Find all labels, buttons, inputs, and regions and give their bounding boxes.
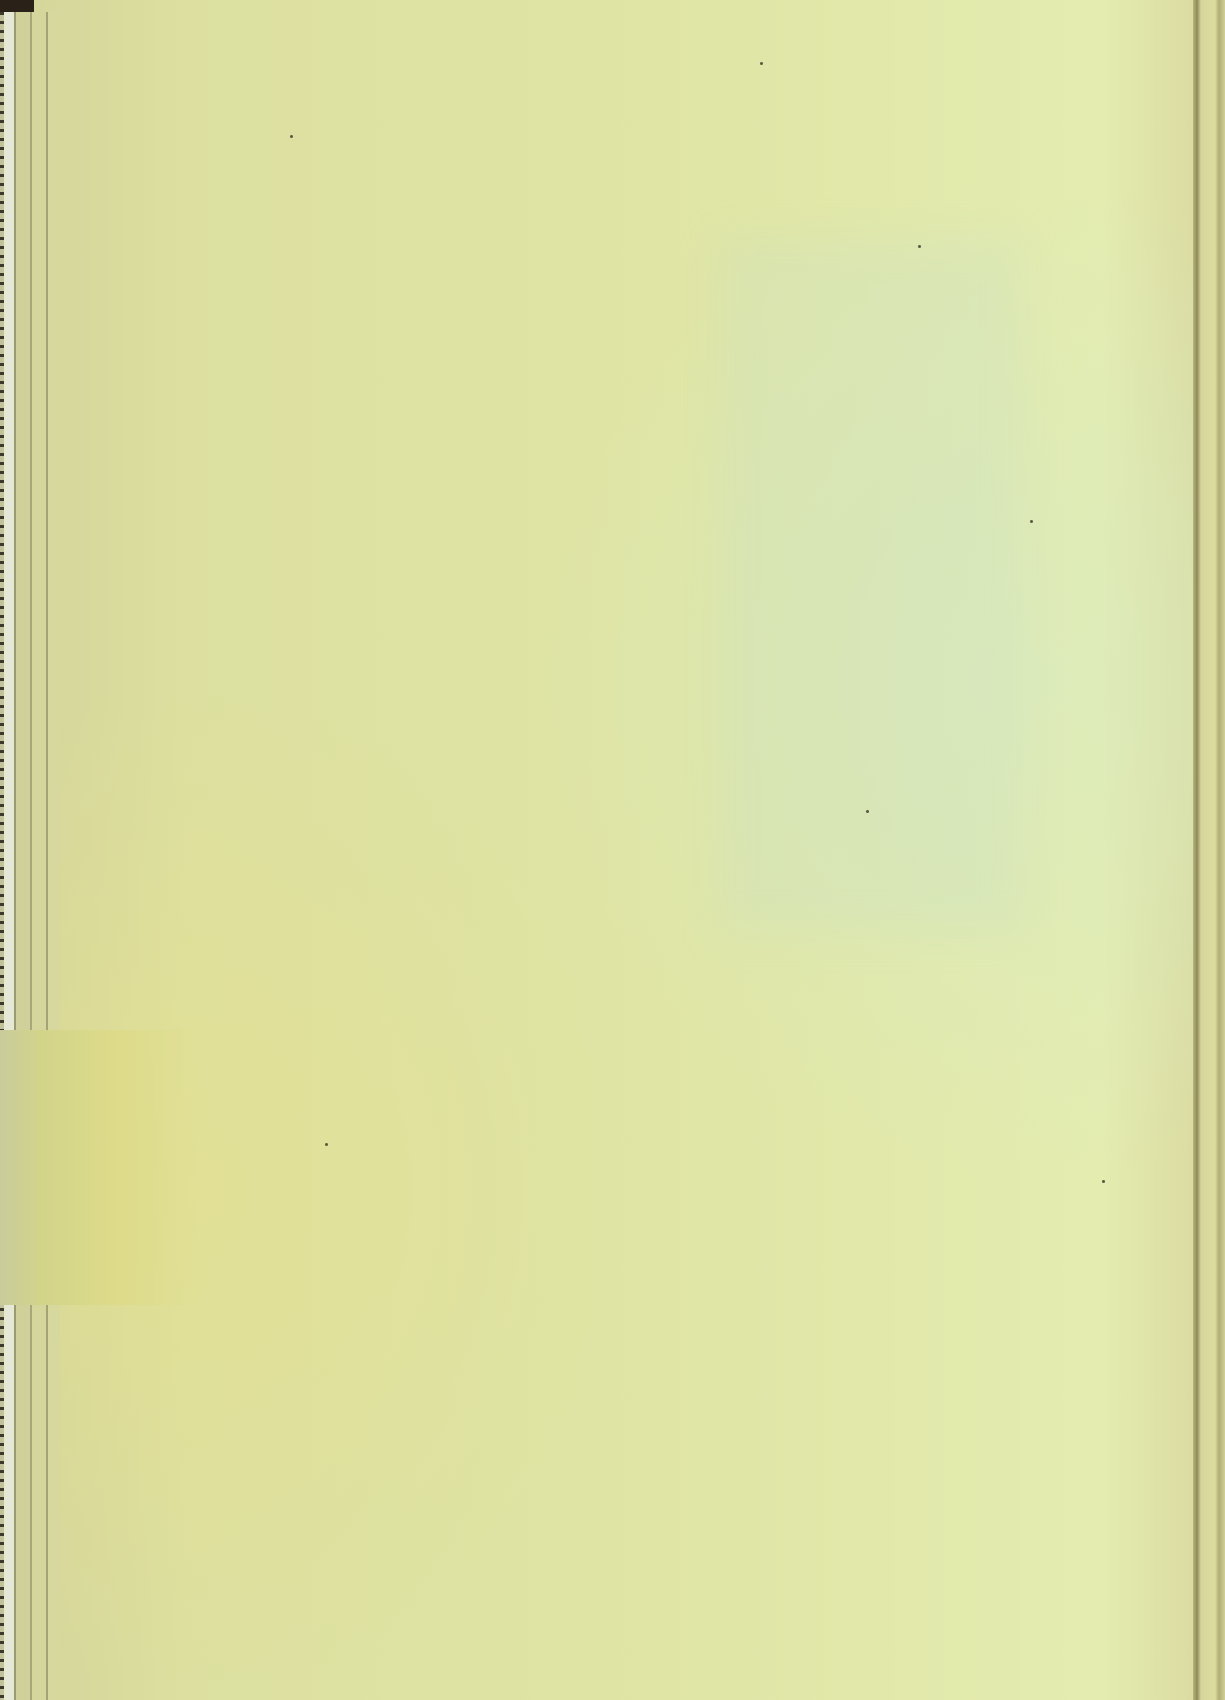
show-through-shadow [720,240,1020,930]
paper-speck [1030,520,1033,523]
paper-speck [1102,1180,1105,1183]
left-page-edges [0,12,60,1700]
paper-speck [866,810,869,813]
page-corner-shadow [0,0,34,12]
paper-speck [290,135,293,138]
paper-speck [918,245,921,248]
blank-book-page [0,0,1225,1700]
paper-speck [325,1143,328,1146]
paper-speck [760,62,763,65]
left-edge-blur [0,1030,200,1305]
right-page-edge [1193,0,1225,1700]
